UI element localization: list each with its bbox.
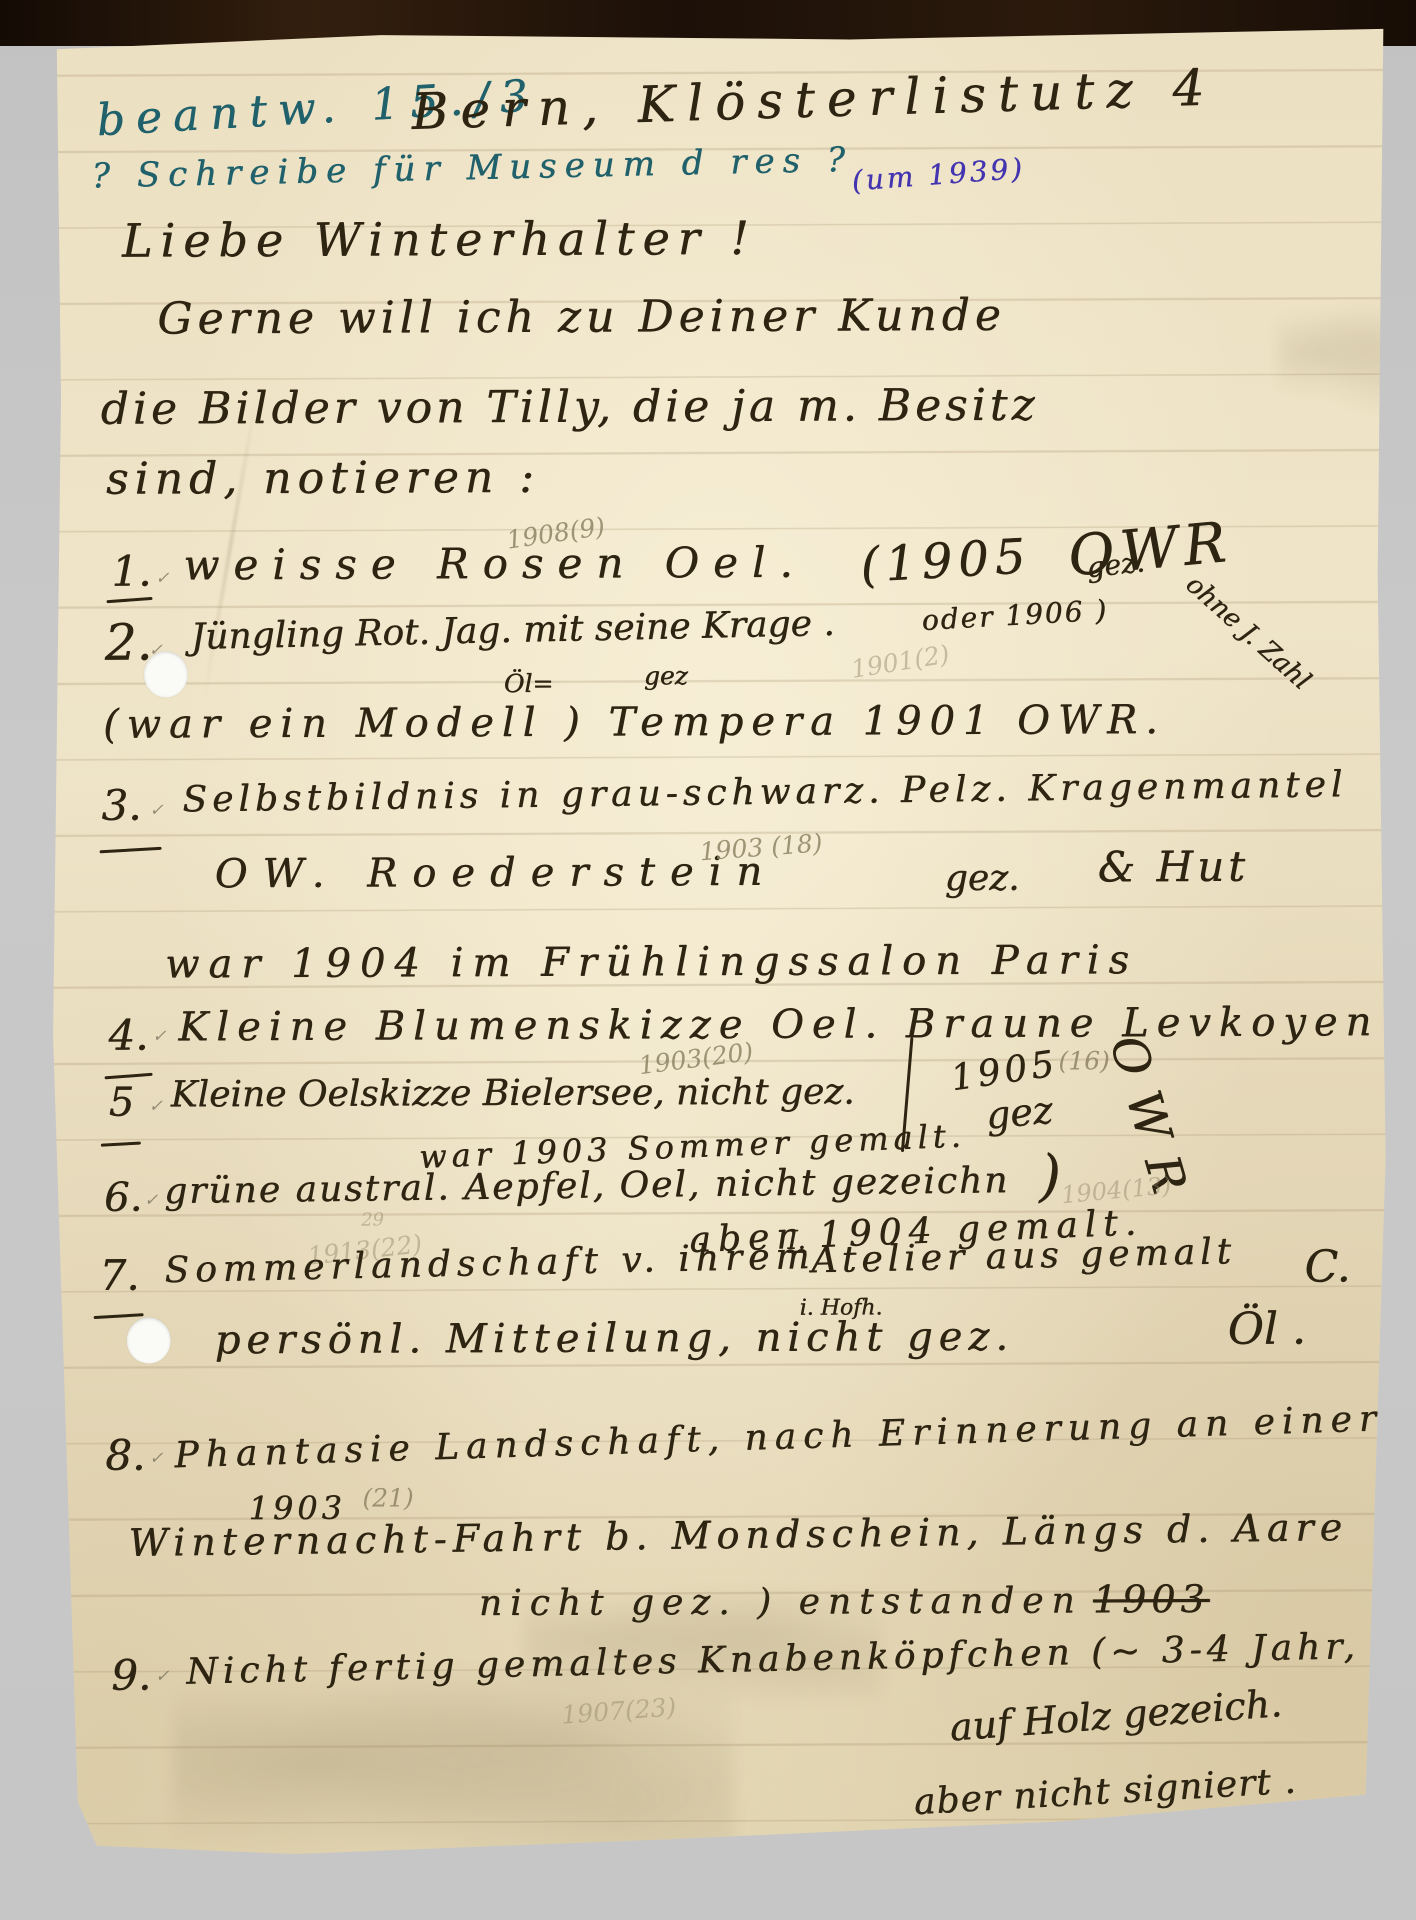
item-1-number: 1. bbox=[111, 550, 151, 592]
item-6-checkmark: ✓ bbox=[144, 1192, 158, 1209]
item-2-title: Jüngling Rot. Jag. mit seine Krage . bbox=[190, 606, 835, 656]
item-9-title: Nicht fertig gemaltes Knabenköpfchen (~ … bbox=[186, 1629, 1360, 1691]
ink-bleedthrough-right bbox=[1277, 307, 1416, 408]
item-5-title: Kleine Oelskizze Bielersee, nicht gez. bbox=[171, 1074, 855, 1113]
item-1-title: weisse Rosen Oel. bbox=[183, 542, 807, 587]
item-7-tail-letter: C. bbox=[1304, 1245, 1350, 1289]
punch-hole-bottom bbox=[127, 1317, 171, 1363]
item-6-title: grüne austral. Aepfel, Oel, nicht gezeic… bbox=[164, 1163, 1010, 1210]
item-9-signature-note: aber nicht signiert . bbox=[913, 1763, 1297, 1821]
item-8-gez-line: nicht gez. ) entstanden bbox=[479, 1583, 1083, 1622]
item-4-title: Kleine Blumenskizze Oel. Braune Levkoyen bbox=[178, 1002, 1379, 1047]
item-2-number: 2. bbox=[105, 617, 153, 667]
item-9-pencil-catalog-note: 1907(23) bbox=[561, 1694, 677, 1727]
item-3-title: Selbstbildnis in grau-schwarz. Pelz. Kra… bbox=[182, 767, 1347, 818]
item-7-number-underline bbox=[94, 1313, 144, 1319]
item-7-medium-oel: Öl . bbox=[1228, 1307, 1306, 1351]
intro-line-1: Gerne will ich zu Deiner Kunde bbox=[157, 294, 1006, 342]
item-2-medium-note-oel: Öl= bbox=[504, 671, 554, 696]
item-5-number: 5 bbox=[109, 1083, 135, 1123]
item-4-number-underline bbox=[105, 1073, 153, 1080]
intro-line-2: die Bilder von Tilly, die ja m. Besitz bbox=[101, 384, 1039, 432]
item-3-hat-note: & Hut bbox=[1098, 846, 1249, 889]
item-7-title-part-1: Sommerlandschaft v. ihrem bbox=[164, 1239, 816, 1289]
item-8-pencil-catalog-note: (21) bbox=[362, 1485, 413, 1510]
item-1-no-year-note: ohne J. Zahl bbox=[1181, 571, 1315, 695]
item-4-number: 4. bbox=[108, 1014, 148, 1056]
archivist-date-note: (um 1939) bbox=[851, 155, 1026, 196]
item-7-number: 7. bbox=[99, 1255, 139, 1297]
item-3-pencil-catalog-note: 1903 (18) bbox=[699, 830, 823, 864]
item-2-pencil-catalog-note: 1901(2) bbox=[849, 641, 951, 682]
item-7-detail-line: persönl. Mitteilung, nicht gez. bbox=[215, 1317, 1014, 1360]
item-1-year-paren: (1905 bbox=[859, 532, 1032, 590]
item-6-number: 6. bbox=[104, 1178, 142, 1218]
item-6-closing-paren: ) bbox=[1039, 1149, 1061, 1205]
item-9-support-note: auf Holz gezeich. bbox=[948, 1684, 1283, 1747]
item-8-number: 8. bbox=[105, 1435, 145, 1477]
item-3-gez-note: gez. bbox=[945, 861, 1020, 897]
greeting-line: Liebe Winterhalter ! bbox=[122, 215, 757, 264]
item-8-checkmark: ✓ bbox=[149, 1450, 163, 1467]
item-3-number-underline bbox=[100, 847, 162, 854]
intro-line-3: sind, notieren : bbox=[106, 456, 540, 502]
item-8-title: Phantasie Landschaft, nach Erinnerung an… bbox=[174, 1401, 1384, 1474]
item-3-artist-name: OW. Roederstein bbox=[215, 852, 778, 894]
item-2-gez-note: gez bbox=[644, 663, 688, 688]
letter-paper: beantw. 15./3 Bern, Klösterlistutz 4 ? S… bbox=[46, 27, 1394, 1857]
item-1-number-underline bbox=[106, 597, 152, 603]
item-7-title-part-2: Atelier aus gemalt bbox=[811, 1234, 1236, 1279]
item-4-5-gez-note: gez bbox=[984, 1091, 1054, 1135]
item-5-checkmark: ✓ bbox=[149, 1098, 163, 1115]
item-4-checkmark: ✓ bbox=[152, 1028, 166, 1045]
item-2-detail-line: (war ein Modell ) Tempera 1901 OWR. bbox=[103, 700, 1166, 745]
item-1-alt-year-note: oder 1906 ) bbox=[921, 596, 1109, 635]
item-7-pencil-small-note: 29 bbox=[361, 1211, 384, 1229]
item-7-atelier-numeral: I. bbox=[787, 1228, 806, 1254]
item-9-checkmark: ✓ bbox=[155, 1668, 169, 1685]
item-3-checkmark: ✓ bbox=[149, 802, 163, 819]
item-9-number: 9. bbox=[111, 1654, 151, 1696]
item-2-checkmark: ✓ bbox=[149, 642, 163, 659]
item-3-salon-note: war 1904 im Frühlingssalon Paris bbox=[165, 940, 1138, 984]
item-1-gez-note: gez. bbox=[1085, 548, 1146, 582]
item-8-crossed-year: 1903 bbox=[1093, 1580, 1210, 1619]
item-3-number: 3. bbox=[101, 785, 141, 827]
museum-question-note: ? Schreibe für Museum d res ? bbox=[91, 143, 853, 194]
item-1-checkmark: ✓ bbox=[155, 570, 169, 587]
item-5-number-underline bbox=[101, 1141, 141, 1146]
